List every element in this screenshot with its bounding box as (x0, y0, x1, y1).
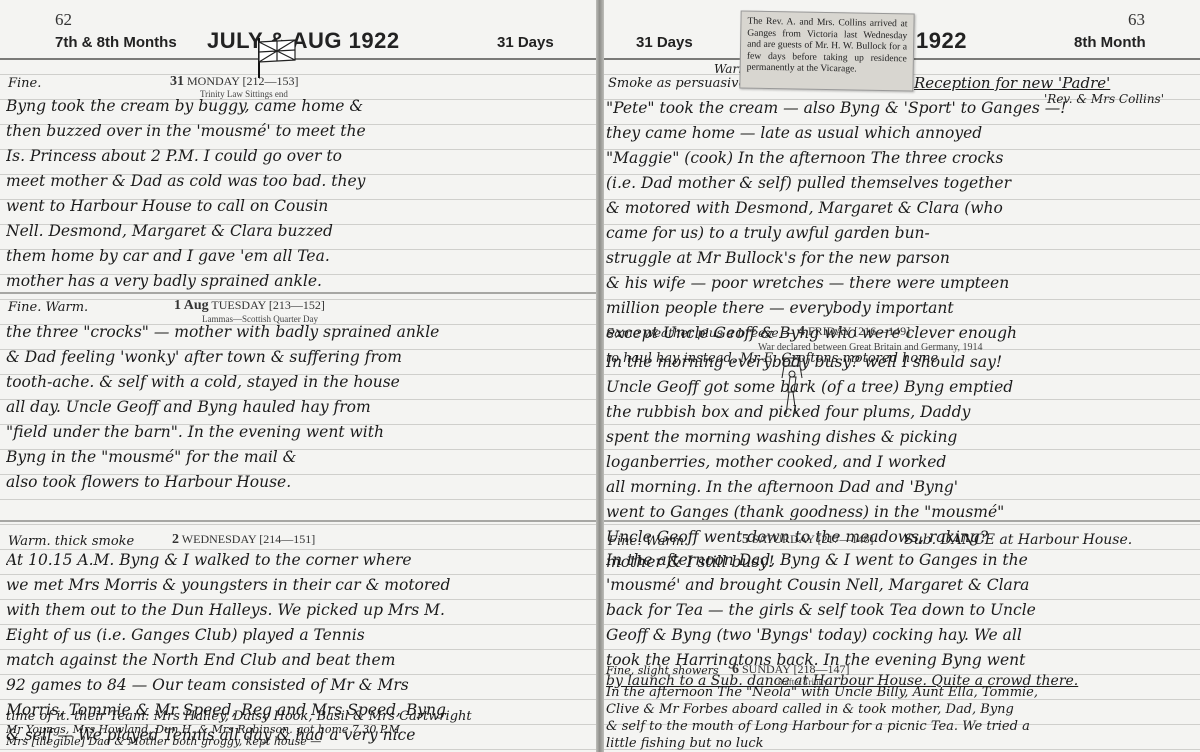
diary-entry-sunday-6: Fine, slight showers 6 SUNDAY [218—147] … (604, 664, 1200, 752)
entry-line: time of it. their Team: Mrs Halley, Dais… (6, 710, 588, 724)
entry-line: also took flowers to Harbour House. (6, 470, 588, 495)
entry-line: then buzzed over in the 'mousmé' to meet… (6, 119, 588, 144)
header-months: 7th & 8th Months (55, 34, 177, 51)
entry-line: Byng in the "mousmé" for the mail & (6, 445, 588, 470)
header-days: 31 Days (636, 34, 693, 51)
right-diary-page: 63 31 Days 1922 8th Month Warm. Smoke as… (604, 0, 1200, 752)
stick-figure-sketch-icon (780, 356, 808, 420)
day-heading: 1 Aug TUESDAY [213—152] (174, 298, 325, 314)
entry-line: 'mousmé' and brought Cousin Nell, Margar… (606, 573, 1192, 598)
day-title-suffix: Sub. DANCE at Harbour House. (904, 532, 1132, 548)
entry-line: with them out to the Dun Halleys. We pic… (6, 598, 588, 623)
weather-note: Fine. (8, 76, 41, 91)
entry-line: In the morning everybody busy? well I sh… (606, 350, 1192, 375)
weather-note: Fine. Warm. (608, 534, 688, 549)
entry-line: them home by car and I gave 'em all Tea. (6, 244, 588, 269)
entry-line: back for Tea — the girls & self took Tea… (606, 598, 1192, 623)
entry-line: mother has a very badly sprained ankle. (6, 269, 588, 294)
entry-line: all morning. In the afternoon Dad and 'B… (606, 475, 1192, 500)
day-name: WEDNESDAY [214—151] (182, 532, 315, 546)
day-heading: 6 SUNDAY [218—147] (732, 662, 849, 678)
entry-line: spent the morning washing dishes & picki… (606, 425, 1192, 450)
entry-line: struggle at Mr Bullock's for the new par… (606, 246, 1192, 271)
day-heading: 4 FRIDAY [216—149] (798, 324, 910, 340)
entry-line: million people there — everybody importa… (606, 296, 1192, 321)
entry-line: went to Harbour House to call on Cousin (6, 194, 588, 219)
diary-entry-tuesday-1-aug: Fine. Warm. 1 Aug TUESDAY [213—152] Lamm… (0, 294, 596, 518)
entry-line: Nell. Desmond, Margaret & Clara buzzed (6, 219, 588, 244)
day-name: TUESDAY [213—152] (211, 298, 324, 312)
page-number: 63 (1128, 10, 1145, 30)
day-heading: 31 MONDAY [212—153] (170, 74, 298, 90)
day-number: 31 (170, 74, 184, 89)
day-number: 1 Aug (174, 298, 209, 313)
entry-line: match against the North End Club and bea… (6, 648, 588, 673)
day-name: SATURDAY [217—148] (752, 532, 873, 546)
entry-line: & self to the mouth of Long Harbour for … (606, 718, 1192, 735)
entry-line: Mr Youngs, Mrs Howland, Dun H. & Mrs Rob… (6, 724, 588, 736)
entry-line: Byng took the cream by buggy, came home … (6, 94, 588, 119)
entry-line: the three "crocks" — mother with badly s… (6, 320, 588, 345)
entry-line: At 10.15 A.M. Byng & I walked to the cor… (6, 548, 588, 573)
day-name: FRIDAY [216—149] (808, 324, 910, 338)
diary-entry-monday-31: Fine. 31 MONDAY [212—153] Trinity Law Si… (0, 60, 596, 292)
day-number: 2 (172, 532, 179, 547)
day-number: 6 (732, 662, 739, 677)
entry-line: tooth-ache. & self with a cold, stayed i… (6, 370, 588, 395)
entry-line: & his wife — poor wretches — there were … (606, 271, 1192, 296)
entry-text: In the afternoon The "Neola" with Uncle … (606, 684, 1192, 752)
day-name: MONDAY [212—153] (187, 74, 298, 88)
newspaper-clipping: The Rev. A. and Mrs. Collins arrived at … (739, 10, 914, 91)
weather-note: Fine, slight showers (606, 664, 719, 677)
header-month: 8th Month (1074, 34, 1146, 51)
header-days: 31 Days (497, 34, 554, 51)
entry-first-line-suffix: Reception for new 'Padre' (914, 74, 1110, 92)
entry-line: Is. Princess about 2 P.M. I could go ove… (6, 144, 588, 169)
entry-line: In the afternoon Dad, Byng & I went to G… (606, 548, 1192, 573)
entry-line: "Pete" took the cream — also Byng & 'Spo… (606, 96, 1192, 121)
entry-line: little fishing but no luck (606, 735, 1192, 752)
header-year: 1922 (916, 28, 967, 54)
entry-text: Byng took the cream by buggy, came home … (6, 94, 588, 294)
entry-line: Geoff & Byng (two 'Byngs' today) cocking… (606, 623, 1192, 648)
entry-line: & motored with Desmond, Margaret & Clara… (606, 196, 1192, 221)
weather-note: Fine. Warm. (8, 300, 88, 315)
entry-line: In the afternoon The "Neola" with Uncle … (606, 684, 1192, 701)
page-number: 62 (55, 10, 72, 30)
entry-text: the three "crocks" — mother with badly s… (6, 320, 588, 495)
entry-line: the rubbish box and picked four plums, D… (606, 400, 1192, 425)
left-diary-page: 62 7th & 8th Months JULY & AUG 1922 31 D… (0, 0, 596, 752)
diary-entry-wednesday-2: Warm. thick smoke 2 WEDNESDAY [214—151] … (0, 522, 596, 752)
entry-line: 92 games to 84 — Our team consisted of M… (6, 673, 588, 698)
entry-line: they came home — late as usual which ann… (606, 121, 1192, 146)
entry-line: Mrs [illegible] Dad & Mother both groggy… (6, 736, 588, 748)
weather-note: Same weather plus a breeze — (606, 326, 794, 340)
entry-line: Clive & Mr Forbes aboard called in & too… (606, 701, 1192, 718)
day-name: SUNDAY [218—147] (742, 662, 849, 676)
entry-line: came for us) to a truly awful garden bun… (606, 221, 1192, 246)
entry-line: (i.e. Dad mother & self) pulled themselv… (606, 171, 1192, 196)
header-title: JULY & AUG 1922 (207, 28, 400, 54)
entry-line: "Maggie" (cook) In the afternoon The thr… (606, 146, 1192, 171)
entry-line: & Dad feeling 'wonky' after town & suffe… (6, 345, 588, 370)
day-number: 4 (798, 324, 805, 339)
entry-line: "field under the barn". In the evening w… (6, 420, 588, 445)
entry-line: we met Mrs Morris & youngsters in their … (6, 573, 588, 598)
entry-line: Uncle Geoff got some bark (of a tree) By… (606, 375, 1192, 400)
entry-first-line-prefix: Smoke as persuasive… (608, 76, 759, 91)
entry-line: meet mother & Dad as cold was too bad. t… (6, 169, 588, 194)
day-number: 5 (742, 532, 749, 547)
entry-line: loganberries, mother cooked, and I worke… (606, 450, 1192, 475)
day-heading: 2 WEDNESDAY [214—151] (172, 532, 315, 548)
diary-entry-saturday-5: Fine. Warm. 5 SATURDAY [217—148] Sub. DA… (604, 522, 1200, 652)
entry-line: all day. Uncle Geoff and Byng hauled hay… (6, 395, 588, 420)
day-heading: 5 SATURDAY [217—148] (742, 532, 873, 548)
book-gutter (596, 0, 604, 752)
entry-line: Eight of us (i.e. Ganges Club) played a … (6, 623, 588, 648)
weather-note: Warm. thick smoke (8, 534, 134, 549)
diary-entry-friday-4: Same weather plus a breeze — 4 FRIDAY [2… (604, 326, 1200, 496)
entry-text-small: time of it. their Team: Mrs Halley, Dais… (6, 710, 588, 748)
